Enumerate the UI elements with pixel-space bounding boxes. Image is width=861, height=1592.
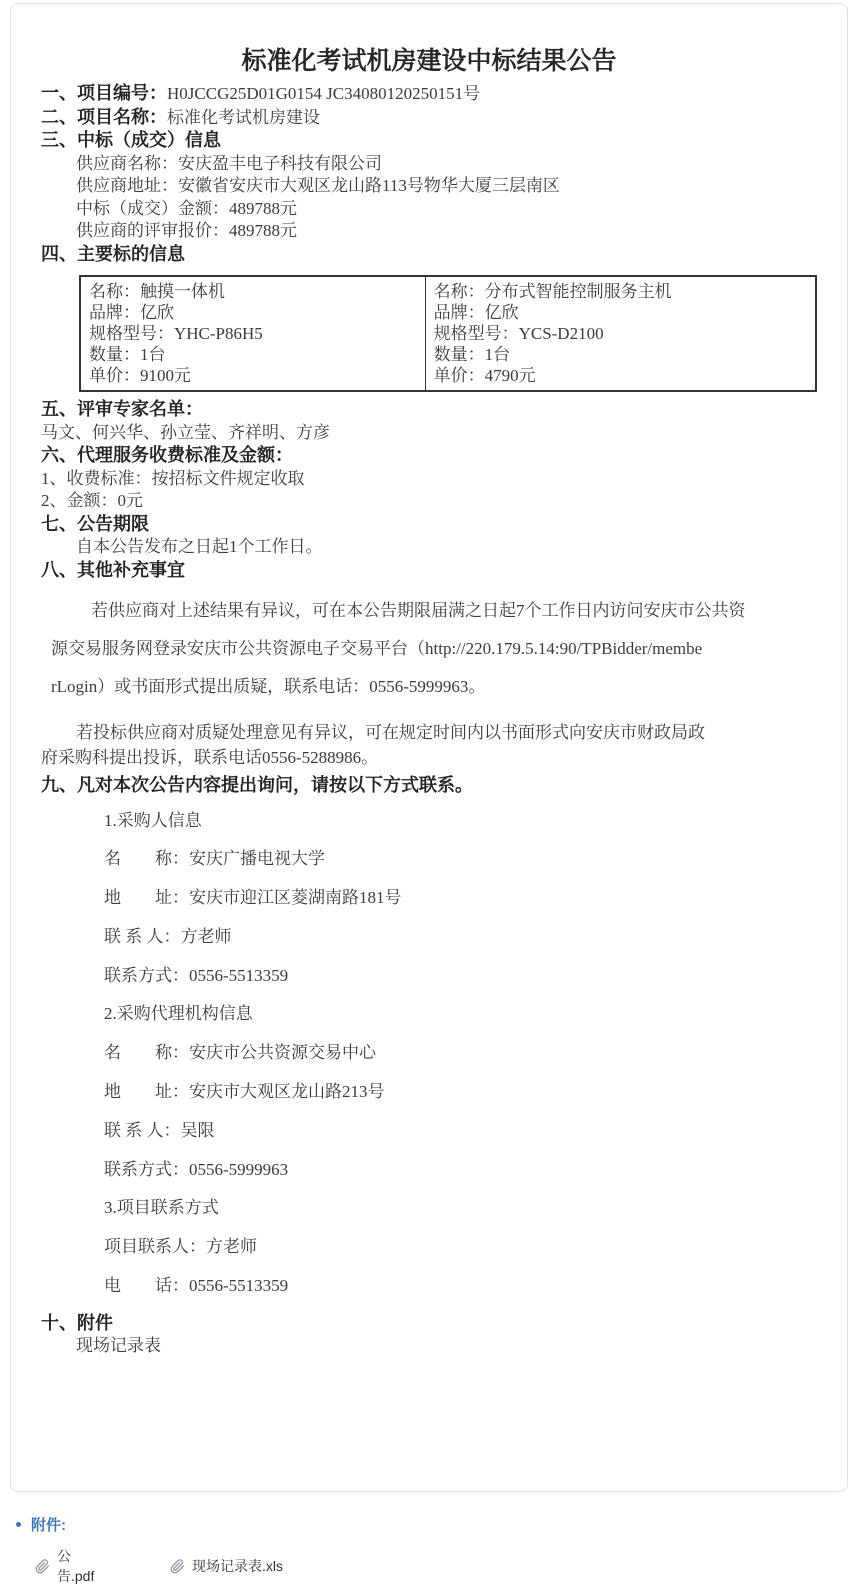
agency-address-line: 地 址：安庆市大观区龙山路213号 — [104, 1073, 817, 1112]
goods-table: 名称：触摸一体机 品牌：亿欣 规格型号：YHC-P86H5 数量：1台 单价：9… — [79, 275, 817, 392]
complaint-line-2: 府采购科提出投诉，联系电话0556-5288986。 — [41, 745, 817, 770]
attachment-file-name: 公告.pdf — [57, 1546, 105, 1586]
fee-standard-line: 1、收费标准：按招标文件规定收取 — [41, 468, 817, 491]
attachment-section-heading: 十、附件 — [41, 1312, 817, 1336]
attachment-name-line: 现场记录表 — [76, 1335, 817, 1358]
project-name-line: 二、项目名称：标准化考试机房建设 — [41, 106, 817, 130]
item2-name: 名称：分布式智能控制服务主机 — [434, 281, 807, 302]
project-contact-title: 3.项目联系方式 — [104, 1189, 817, 1228]
item1-name: 名称：触摸一体机 — [89, 281, 417, 302]
complaint-line-1: 若投标供应商对质疑处理意见有异议，可在规定时间内以书面形式向安庆市财政局政 — [41, 720, 817, 745]
agency-phone-line: 联系方式：0556-5999963 — [104, 1151, 817, 1190]
paperclip-icon — [170, 1559, 185, 1574]
purchaser-name-line: 名 称：安庆广播电视大学 — [104, 840, 817, 879]
attachments-label-row: 附件: — [16, 1514, 66, 1535]
goods-item-cell-1: 名称：触摸一体机 品牌：亿欣 规格型号：YHC-P86H5 数量：1台 单价：9… — [80, 276, 425, 391]
attachment-file-xls[interactable]: 现场记录表.xls — [170, 1546, 283, 1586]
project-phone-line: 电 话：0556-5513359 — [104, 1267, 817, 1306]
review-quote-line: 供应商的评审报价：489788元 — [76, 220, 817, 243]
project-number-value: H0JCCG25D01G0154 JC34080120250151号 — [167, 84, 480, 103]
supplier-name-line: 供应商名称：安庆盈丰电子科技有限公司 — [76, 153, 817, 176]
item1-model: 规格型号：YHC-P86H5 — [89, 323, 417, 344]
agency-fee-heading: 六、代理服务收费标准及金额： — [41, 444, 817, 468]
item2-quantity: 数量：1台 — [434, 344, 807, 365]
objection-line-1: 若供应商对上述结果有异议，可在本公告期限届满之日起7个工作日内访问安庆市公共资 — [51, 592, 817, 630]
objection-paragraph: 若供应商对上述结果有异议，可在本公告期限届满之日起7个工作日内访问安庆市公共资 … — [51, 592, 817, 706]
paperclip-icon — [35, 1559, 50, 1574]
goods-table-row: 名称：触摸一体机 品牌：亿欣 规格型号：YHC-P86H5 数量：1台 单价：9… — [80, 276, 816, 391]
announcement-card: 标准化考试机房建设中标结果公告 一、项目编号：H0JCCG25D01G0154 … — [10, 3, 848, 1492]
experts-heading: 五、评审专家名单： — [41, 398, 817, 422]
main-subject-heading: 四、主要标的信息 — [41, 243, 817, 267]
objection-line-2: 源交易服务网登录安庆市公共资源电子交易平台（http://220.179.5.1… — [51, 630, 817, 668]
item2-unit-price: 单价：4790元 — [434, 365, 807, 386]
agency-info-title: 2.采购代理机构信息 — [104, 995, 817, 1034]
announcement-period-heading: 七、公告期限 — [41, 513, 817, 537]
project-name-value: 标准化考试机房建设 — [167, 108, 320, 127]
item1-quantity: 数量：1台 — [89, 344, 417, 365]
objection-line-3: rLogin）或书面形式提出质疑，联系电话：0556-5999963。 — [51, 668, 817, 706]
project-number-line: 一、项目编号：H0JCCG25D01G0154 JC34080120250151… — [41, 82, 817, 106]
complaint-paragraph: 若投标供应商对质疑处理意见有异议，可在规定时间内以书面形式向安庆市财政局政 府采… — [41, 720, 817, 770]
award-amount-line: 中标（成交）金额：489788元 — [76, 198, 817, 221]
item2-model: 规格型号：YCS-D2100 — [434, 323, 807, 344]
item1-unit-price: 单价：9100元 — [89, 365, 417, 386]
contact-list: 1.采购人信息 名 称：安庆广播电视大学 地 址：安庆市迎江区菱湖南路181号 … — [104, 802, 817, 1306]
purchaser-info-title: 1.采购人信息 — [104, 802, 817, 841]
attachments-files-row: 公告.pdf 现场记录表.xls — [35, 1546, 283, 1586]
supplier-address-line: 供应商地址：安徽省安庆市大观区龙山路113号物华大厦三层南区 — [76, 175, 817, 198]
attachments-label: 附件: — [31, 1514, 66, 1535]
bullet-icon — [16, 1522, 21, 1527]
item2-brand: 品牌：亿欣 — [434, 302, 807, 323]
attachment-file-pdf[interactable]: 公告.pdf — [35, 1546, 105, 1586]
agency-name-line: 名 称：安庆市公共资源交易中心 — [104, 1034, 817, 1073]
purchaser-address-line: 地 址：安庆市迎江区菱湖南路181号 — [104, 879, 817, 918]
project-contact-line: 项目联系人：方老师 — [104, 1228, 817, 1267]
experts-names-line: 马文、何兴华、孙立莹、齐祥明、方彦 — [41, 422, 817, 445]
supplement-heading: 八、其他补充事宜 — [41, 559, 817, 583]
award-info-heading: 三、中标（成交）信息 — [41, 129, 817, 153]
fee-amount-line: 2、金额：0元 — [41, 490, 817, 513]
contact-section-heading: 九、凡对本次公告内容提出询问，请按以下方式联系。 — [41, 774, 817, 798]
page-title: 标准化考试机房建设中标结果公告 — [41, 48, 817, 74]
purchaser-contact-line: 联 系 人：方老师 — [104, 918, 817, 957]
project-number-label: 一、项目编号： — [41, 83, 167, 103]
purchaser-phone-line: 联系方式：0556-5513359 — [104, 957, 817, 996]
agency-contact-line: 联 系 人：吴限 — [104, 1112, 817, 1151]
announcement-period-line: 自本公告发布之日起1个工作日。 — [76, 536, 817, 559]
goods-item-cell-2: 名称：分布式智能控制服务主机 品牌：亿欣 规格型号：YCS-D2100 数量：1… — [425, 276, 816, 391]
item1-brand: 品牌：亿欣 — [89, 302, 417, 323]
project-name-label: 二、项目名称： — [41, 107, 167, 127]
attachment-file-name: 现场记录表.xls — [192, 1556, 283, 1576]
